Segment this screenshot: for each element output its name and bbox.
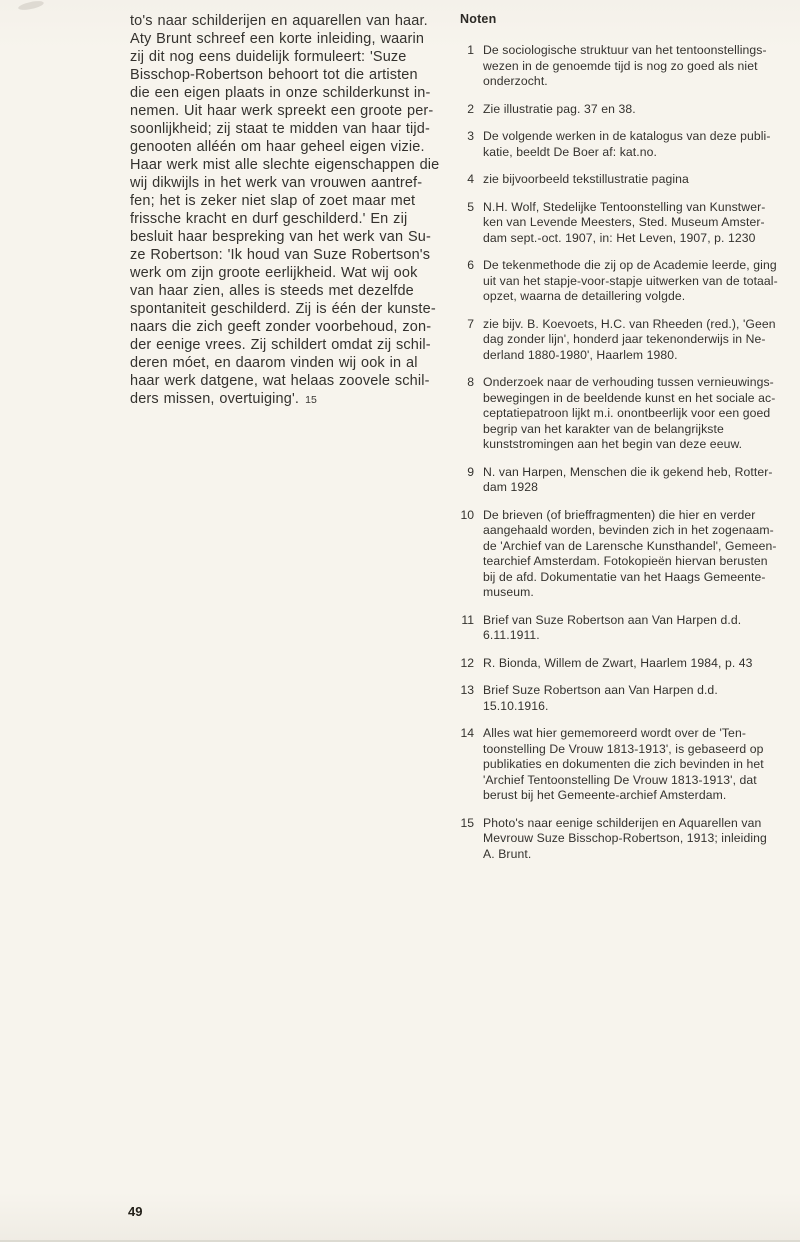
notes-list: 1De sociologische struktuur van het tent… (460, 43, 786, 862)
note-item-15: 15Photo's naar eenige schilderijen en Aq… (460, 816, 786, 863)
note-text: Alles wat hier gememoreerd wordt over de… (483, 726, 786, 804)
note-number: 6 (460, 258, 474, 305)
note-text: Photo's naar eenige schilderijen en Aqua… (483, 816, 786, 863)
note-number: 10 (460, 508, 474, 601)
notes-column: Noten 1De sociologische struktuur van he… (460, 12, 786, 874)
body-text: to's naar schilderijen en aquarellen van… (130, 12, 452, 390)
note-text: De brieven (of brieffragmenten) die hier… (483, 508, 786, 601)
body-last-line: ders missen, overtuiging'.15 (130, 390, 452, 409)
note-number: 15 (460, 816, 474, 863)
note-item-1: 1De sociologische struktuur van het tent… (460, 43, 786, 90)
page-number: 49 (128, 1204, 142, 1219)
notes-header: Noten (460, 12, 786, 26)
note-number: 8 (460, 375, 474, 453)
note-item-6: 6De tekenmethode die zij op de Academie … (460, 258, 786, 305)
note-text: De tekenmethode die zij op de Academie l… (483, 258, 786, 305)
note-text: N. van Harpen, Menschen die ik gekend he… (483, 465, 786, 496)
note-number: 7 (460, 317, 474, 364)
note-item-3: 3De volgende werken in de katalogus van … (460, 129, 786, 160)
note-text: Brief van Suze Robertson aan Van Harpen … (483, 613, 786, 644)
note-number: 14 (460, 726, 474, 804)
note-text: Onderzoek naar de verhouding tussen vern… (483, 375, 786, 453)
note-item-2: 2Zie illustratie pag. 37 en 38. (460, 102, 786, 118)
note-number: 4 (460, 172, 474, 188)
note-number: 2 (460, 102, 474, 118)
note-item-14: 14Alles wat hier gememoreerd wordt over … (460, 726, 786, 804)
note-item-8: 8Onderzoek naar de verhouding tussen ver… (460, 375, 786, 453)
note-number: 3 (460, 129, 474, 160)
scan-artifact (18, 0, 45, 12)
note-item-11: 11Brief van Suze Robertson aan Van Harpe… (460, 613, 786, 644)
note-text: Zie illustratie pag. 37 en 38. (483, 102, 786, 118)
body-column: to's naar schilderijen en aquarellen van… (130, 12, 452, 409)
note-text: De sociologische struktuur van het tento… (483, 43, 786, 90)
note-text: Brief Suze Robertson aan Van Harpen d.d.… (483, 683, 786, 714)
note-number: 12 (460, 656, 474, 672)
note-number: 1 (460, 43, 474, 90)
note-text: zie bijv. B. Koevoets, H.C. van Rheeden … (483, 317, 786, 364)
note-text: zie bijvoorbeeld tekstillustratie pagina (483, 172, 786, 188)
note-text: R. Bionda, Willem de Zwart, Haarlem 1984… (483, 656, 786, 672)
note-item-4: 4zie bijvoorbeeld tekstillustratie pagin… (460, 172, 786, 188)
note-item-13: 13Brief Suze Robertson aan Van Harpen d.… (460, 683, 786, 714)
note-text: De volgende werken in de katalogus van d… (483, 129, 786, 160)
note-item-12: 12R. Bionda, Willem de Zwart, Haarlem 19… (460, 656, 786, 672)
scanned-book-page: to's naar schilderijen en aquarellen van… (0, 0, 800, 1242)
note-item-5: 5N.H. Wolf, Stedelijke Tentoonstelling v… (460, 200, 786, 247)
note-item-7: 7zie bijv. B. Koevoets, H.C. van Rheeden… (460, 317, 786, 364)
note-number: 11 (460, 613, 474, 644)
note-item-9: 9N. van Harpen, Menschen die ik gekend h… (460, 465, 786, 496)
note-item-10: 10De brieven (of brieffragmenten) die hi… (460, 508, 786, 601)
body-last-line-text: ders missen, overtuiging'. (130, 391, 299, 407)
note-number: 9 (460, 465, 474, 496)
note-number: 5 (460, 200, 474, 247)
note-number: 13 (460, 683, 474, 714)
footnote-reference: 15 (305, 394, 317, 406)
note-text: N.H. Wolf, Stedelijke Tentoonstelling va… (483, 200, 786, 247)
